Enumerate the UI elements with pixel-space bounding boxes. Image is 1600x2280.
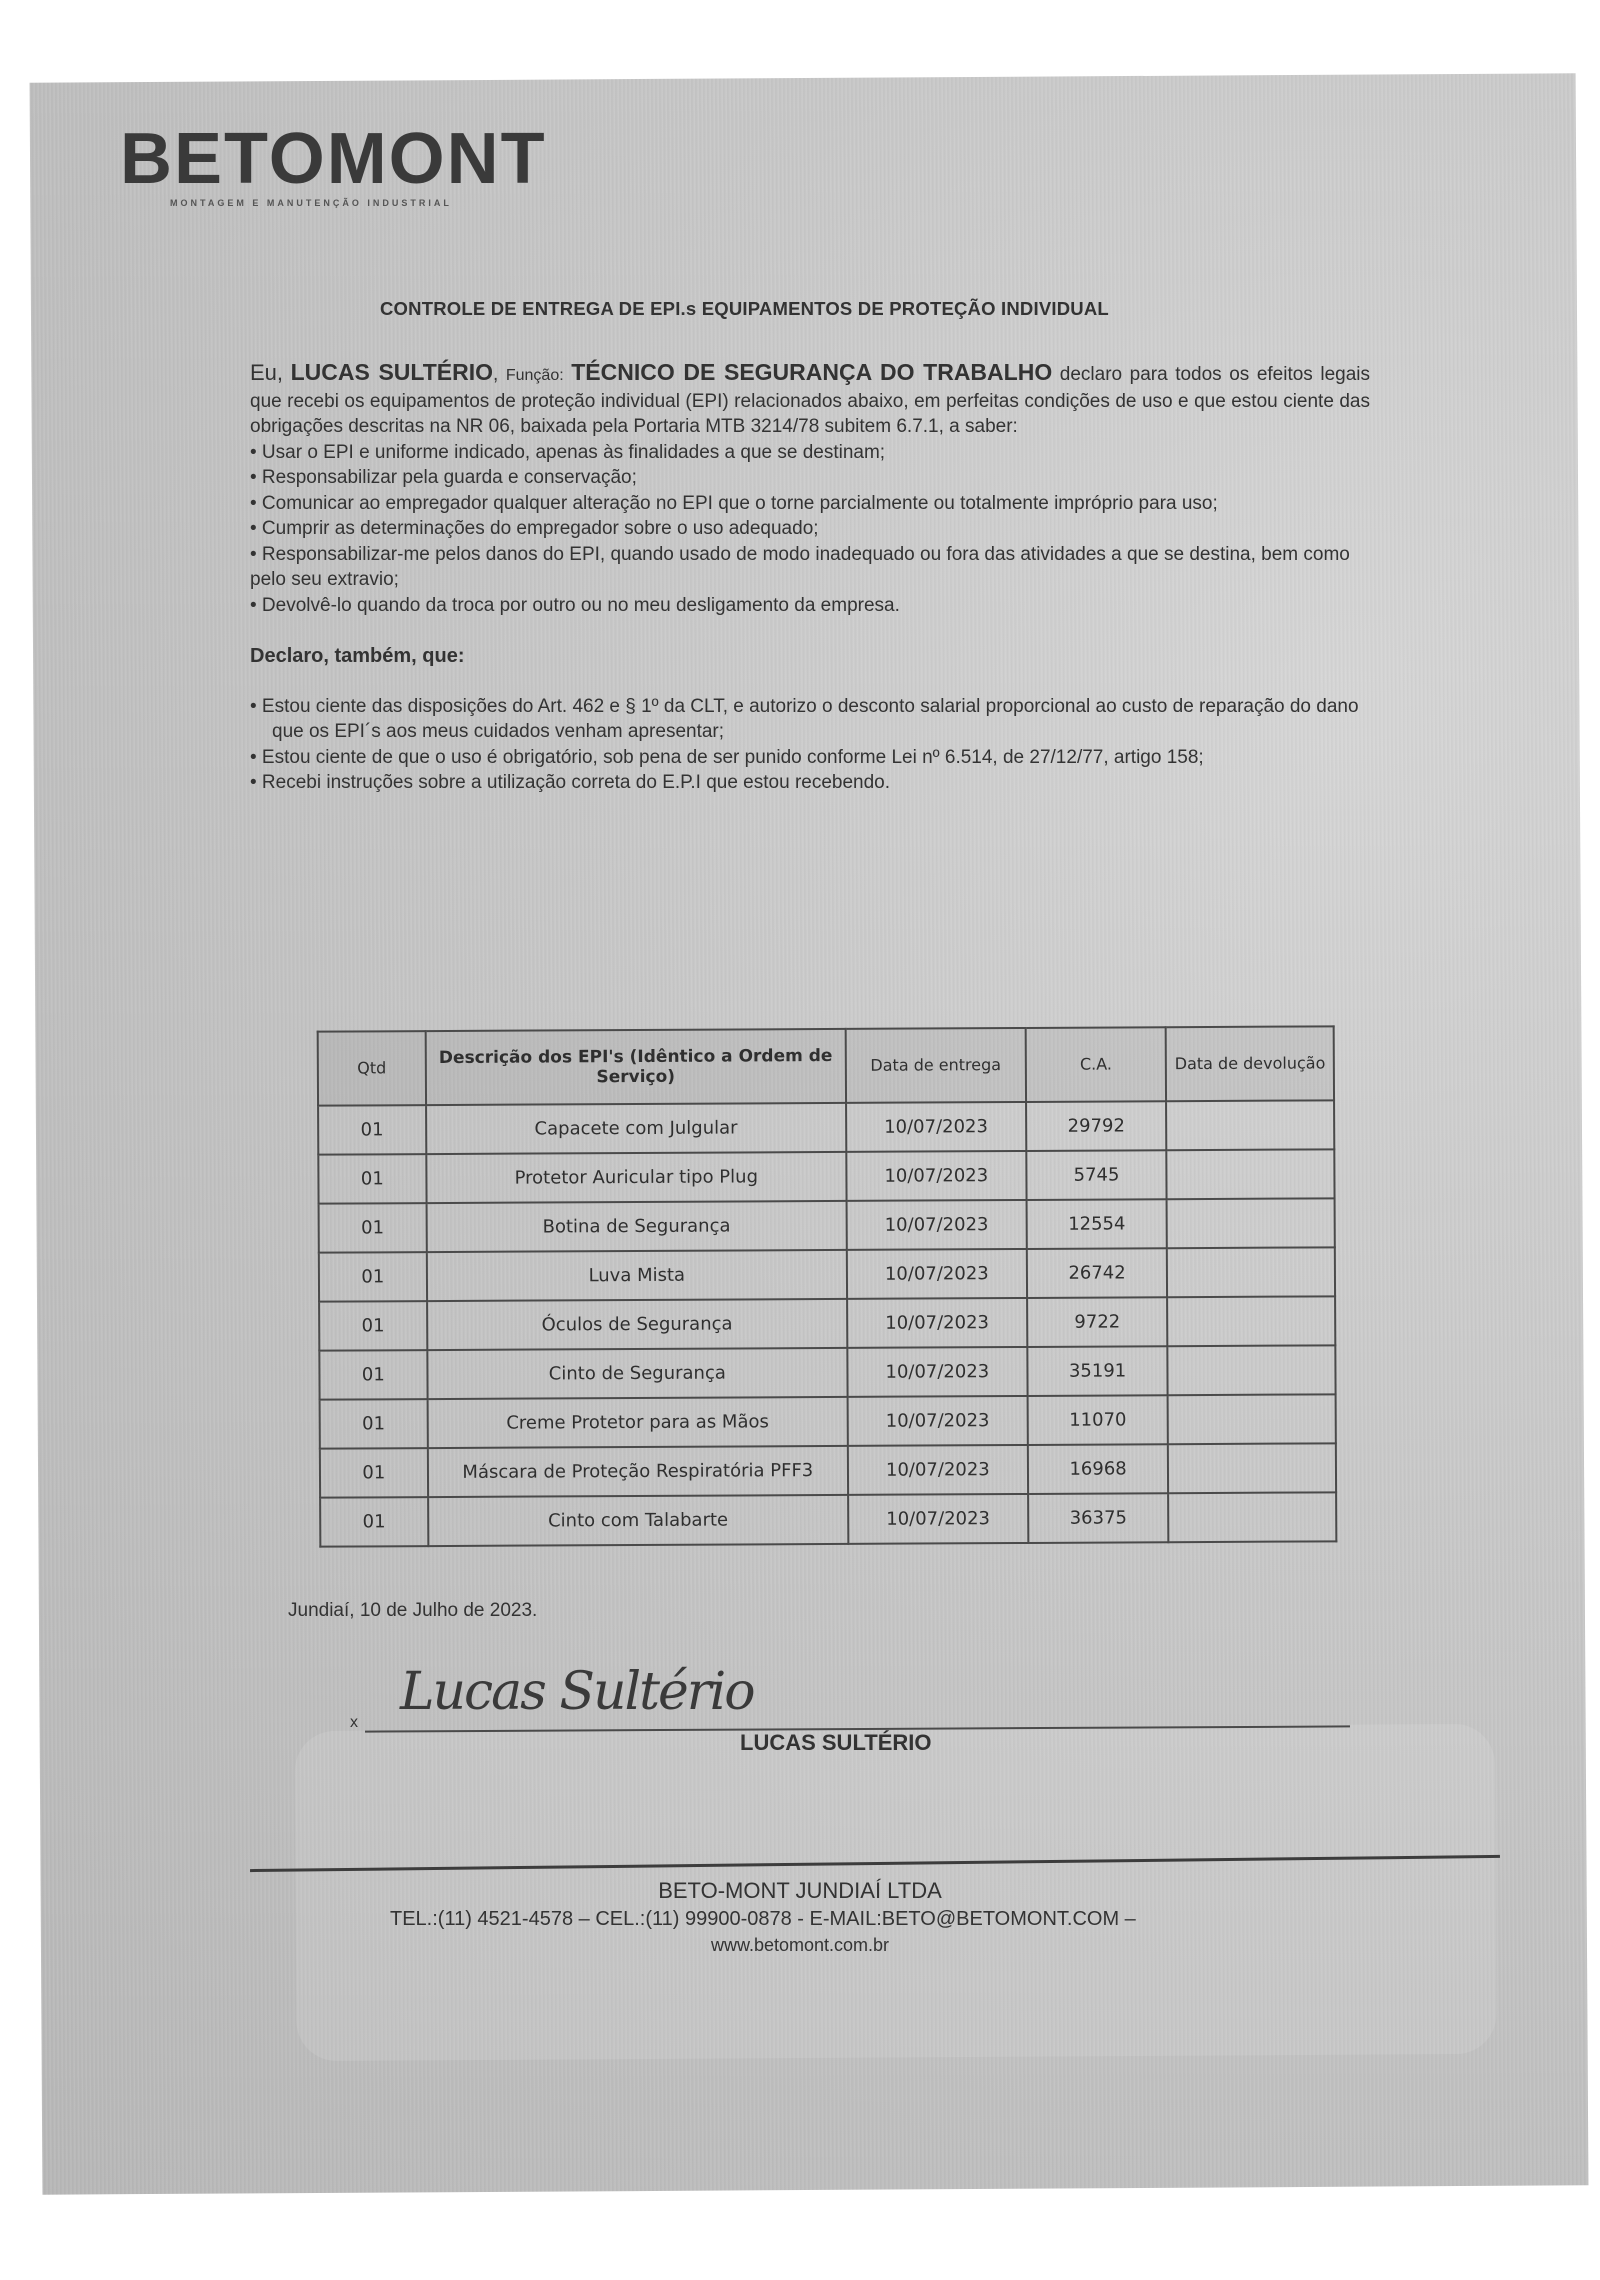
- obligation-item: • Comunicar ao empregador qualquer alter…: [250, 491, 1370, 517]
- signature-x-mark: x: [350, 1714, 358, 1732]
- place-and-date: Jundiaí, 10 de Julho de 2023.: [288, 1600, 537, 1622]
- cell-delivery-date: 10/07/2023: [847, 1249, 1027, 1299]
- cell-description: Óculos de Segurança: [427, 1299, 847, 1350]
- header-return-date: Data de devolução: [1166, 1026, 1334, 1101]
- logo-subtitle: MONTAGEM E MANUTENÇÃO INDUSTRIAL: [170, 198, 452, 208]
- declaration-item: • Recebi instruções sobre a utilização c…: [250, 770, 1370, 796]
- function-label: Função:: [506, 367, 564, 384]
- table-header-row: Qtd Descrição dos EPI's (Idêntico a Orde…: [318, 1026, 1334, 1105]
- declaration-body: Eu, LUCAS SULTÉRIO, Função: TÉCNICO DE S…: [250, 360, 1370, 796]
- cell-delivery-date: 10/07/2023: [848, 1396, 1028, 1446]
- header-ca: C.A.: [1025, 1027, 1166, 1102]
- cell-description: Luva Mista: [427, 1250, 847, 1301]
- cell-return-date: [1167, 1149, 1335, 1199]
- cell-return-date: [1167, 1296, 1335, 1346]
- signer-printed-name: LUCAS SULTÉRIO: [740, 1730, 931, 1756]
- cell-ca: 29792: [1026, 1101, 1167, 1151]
- cell-qtd: 01: [318, 1154, 426, 1204]
- cell-return-date: [1167, 1247, 1335, 1297]
- epi-table-body: 01Capacete com Julgular10/07/20232979201…: [318, 1100, 1336, 1546]
- intro-paragraph: Eu, LUCAS SULTÉRIO, Função: TÉCNICO DE S…: [250, 360, 1370, 440]
- cell-description: Creme Protetor para as Mãos: [427, 1397, 847, 1448]
- cell-delivery-date: 10/07/2023: [847, 1347, 1027, 1397]
- declaro-heading: Declaro, também, que:: [250, 644, 1370, 670]
- cell-ca: 5745: [1026, 1150, 1167, 1200]
- employee-function: TÉCNICO DE SEGURANÇA DO TRABALHO: [571, 359, 1052, 385]
- cell-ca: 9722: [1027, 1297, 1168, 1347]
- obligation-item: • Responsabilizar pela guarda e conserva…: [250, 465, 1370, 491]
- cell-ca: 11070: [1027, 1395, 1168, 1445]
- table-row: 01Botina de Segurança10/07/202312554: [319, 1198, 1335, 1252]
- cell-description: Capacete com Julgular: [426, 1103, 846, 1154]
- cell-qtd: 01: [318, 1105, 426, 1155]
- cell-delivery-date: 10/07/2023: [848, 1445, 1028, 1495]
- obligation-item: • Devolvê-lo quando da troca por outro o…: [250, 593, 1370, 619]
- document-title: CONTROLE DE ENTREGA DE EPI.s EQUIPAMENTO…: [380, 298, 1109, 320]
- table-row: 01Luva Mista10/07/202326742: [319, 1247, 1335, 1301]
- obligation-item: • Usar o EPI e uniforme indicado, apenas…: [250, 440, 1370, 466]
- cell-description: Botina de Segurança: [426, 1201, 846, 1252]
- cell-qtd: 01: [319, 1301, 427, 1351]
- cell-delivery-date: 10/07/2023: [848, 1494, 1028, 1544]
- cell-qtd: 01: [319, 1252, 427, 1302]
- table-row: 01Cinto de Segurança10/07/202335191: [319, 1345, 1335, 1399]
- table-row: 01Capacete com Julgular10/07/202329792: [318, 1100, 1334, 1154]
- intro-prefix: Eu,: [250, 360, 283, 385]
- obligation-item: • Responsabilizar-me pelos danos do EPI,…: [250, 542, 1370, 593]
- cell-description: Cinto com Talabarte: [428, 1495, 848, 1546]
- cell-description: Cinto de Segurança: [427, 1348, 847, 1399]
- cell-return-date: [1168, 1394, 1336, 1444]
- handwritten-signature: Lucas Sultério: [400, 1662, 754, 1722]
- obligations-list: • Usar o EPI e uniforme indicado, apenas…: [250, 440, 1370, 619]
- table-row: 01Protetor Auricular tipo Plug10/07/2023…: [318, 1149, 1334, 1203]
- cell-return-date: [1168, 1345, 1336, 1395]
- epi-table: Qtd Descrição dos EPI's (Idêntico a Orde…: [317, 1025, 1338, 1547]
- table-row: 01Óculos de Segurança10/07/20239722: [319, 1296, 1335, 1350]
- cell-qtd: 01: [320, 1448, 428, 1498]
- cell-ca: 35191: [1027, 1346, 1168, 1396]
- header-delivery-date: Data de entrega: [846, 1028, 1026, 1103]
- cell-qtd: 01: [320, 1497, 428, 1547]
- declaration-item: • Estou ciente das disposições do Art. 4…: [250, 694, 1370, 745]
- footer-company-name: BETO-MONT JUNDIAÍ LTDA: [400, 1878, 1200, 1904]
- company-logo: BETOMONT: [120, 118, 547, 200]
- cell-return-date: [1167, 1198, 1335, 1248]
- cell-ca: 16968: [1028, 1444, 1169, 1494]
- declarations-list: • Estou ciente das disposições do Art. 4…: [250, 694, 1370, 796]
- cell-return-date: [1168, 1443, 1336, 1493]
- declaration-item: • Estou ciente de que o uso é obrigatóri…: [250, 745, 1370, 771]
- cell-ca: 26742: [1027, 1248, 1168, 1298]
- footer-website: www.betomont.com.br: [400, 1935, 1200, 1956]
- cell-delivery-date: 10/07/2023: [847, 1298, 1027, 1348]
- cell-ca: 36375: [1028, 1493, 1169, 1543]
- footer-contact-info: TEL.:(11) 4521-4578 – CEL.:(11) 99900-08…: [390, 1908, 1136, 1931]
- cell-description: Protetor Auricular tipo Plug: [426, 1152, 846, 1203]
- cell-qtd: 01: [319, 1350, 427, 1400]
- cell-qtd: 01: [320, 1399, 428, 1449]
- header-description: Descrição dos EPI's (Idêntico a Ordem de…: [425, 1029, 846, 1105]
- cell-ca: 12554: [1026, 1199, 1167, 1249]
- cell-delivery-date: 10/07/2023: [847, 1200, 1027, 1250]
- table-row: 01Cinto com Talabarte10/07/202336375: [320, 1492, 1336, 1546]
- table-row: 01Creme Protetor para as Mãos10/07/20231…: [320, 1394, 1336, 1448]
- cell-qtd: 01: [319, 1203, 427, 1253]
- cell-description: Máscara de Proteção Respiratória PFF3: [428, 1446, 848, 1497]
- cell-delivery-date: 10/07/2023: [846, 1151, 1026, 1201]
- obligation-item: • Cumprir as determinações do empregador…: [250, 516, 1370, 542]
- employee-name: LUCAS SULTÉRIO: [291, 359, 493, 385]
- header-qtd: Qtd: [318, 1031, 426, 1106]
- table-row: 01Máscara de Proteção Respiratória PFF31…: [320, 1443, 1336, 1497]
- cell-return-date: [1166, 1100, 1334, 1150]
- cell-return-date: [1169, 1492, 1337, 1542]
- cell-delivery-date: 10/07/2023: [846, 1102, 1026, 1152]
